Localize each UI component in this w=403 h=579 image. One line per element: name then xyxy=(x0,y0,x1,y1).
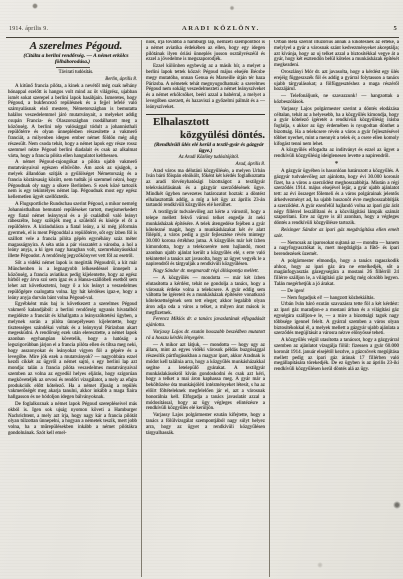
article1-continuation: Ezzel különben egybevág az a másik hír, … xyxy=(146,64,265,110)
article1-paragraph: A német Pégoud-rajongókat a pilóta ujabb… xyxy=(8,160,137,201)
page-header: 1914. április 9. ARADI KÖZLÖNY. 5 xyxy=(9,25,397,32)
article2-paragraph: Orbán Béla szerint illuzórius annak a ki… xyxy=(274,40,399,69)
column-layout: A szerelmes Pégoud. (Citálta a berlini r… xyxy=(8,40,399,577)
article1-dateline: Berlin, április 8. xyxy=(8,77,137,83)
article-divider-rule xyxy=(146,114,265,115)
page-number: 5 xyxy=(393,25,397,32)
column-middle: niök, írja továbbá a hamburgi lap, nemze… xyxy=(141,40,269,577)
article2-paragraph: A textilgyár tudvalevőleg azt kérte a vá… xyxy=(146,210,265,268)
article2-paragraph: Nagy Sándor dr. megmaradt régi álláspont… xyxy=(146,269,265,275)
article1-byline: Távirati tudósítás. xyxy=(8,70,137,76)
newspaper-page: 1914. április 9. ARADI KÖZLÖNY. 5 A szer… xyxy=(0,0,403,579)
article2-paragraph: Urbán Iván báró ezután szavazásra tette … xyxy=(274,302,399,337)
section-separator: * xyxy=(274,161,399,168)
article2-paragraph: Ferencz Miklós dr. a tanács javaslatának… xyxy=(146,317,265,329)
article2-paragraph: Varjassy Lajos polgármester ezután kifej… xyxy=(146,413,265,436)
article1-subtitle: (Citálta a berlini rendőrség. — A német … xyxy=(8,53,137,65)
newspaper-title: ARADI KÖZLÖNY. xyxy=(182,25,260,32)
article2-paragraph: — A közgyűlés — mondotta — már két ízben… xyxy=(146,276,265,317)
header-rule xyxy=(6,37,399,38)
article2-paragraph: — Telefonáljunk, ne szavazzunk! — hangzo… xyxy=(274,94,399,106)
issue-date: 1914. április 9. xyxy=(9,26,48,32)
title-rule xyxy=(56,67,90,68)
article2-paragraph: Oroszlányi Mór dr. azt javasolta, hogy a… xyxy=(274,70,399,93)
article2-title-line2: közgyülési döntés. xyxy=(146,129,265,141)
article1-paragraph: Sőt a vidéki német lapok is megírták Pég… xyxy=(8,261,137,302)
article2-paragraph: — De igen! xyxy=(274,289,399,295)
article1-paragraph: Egyébként más baj is következett a szere… xyxy=(8,302,137,401)
article2-paragraph: A közgyűlés elfogadta az inditványt és e… xyxy=(274,148,399,160)
article2-paragraph: Varjassy Lajos polgármester szerint a dö… xyxy=(274,107,399,148)
article1-paragraph: De foglalkoznak a német lapok Pégoud sze… xyxy=(8,402,137,437)
article2-paragraph: A közgyűlés végül utasította a tanácsot,… xyxy=(274,338,399,373)
article2-paragraph: — Nemcsak az iparosokat sujtaná az — mon… xyxy=(274,241,399,258)
column-left: A szerelmes Pégoud. (Citálta a berlini r… xyxy=(8,40,141,577)
article2-dateline: Arad, április 8. xyxy=(146,162,265,168)
article1-paragraph: A Flugsportliche Rundschau szerint Pégou… xyxy=(8,202,137,260)
article2-title-line1: Elhalasztott xyxy=(146,117,265,128)
column-right: Orbán Béla szerint illuzórius annak a ki… xyxy=(269,40,399,577)
article2-paragraph: A polgármester elmondja, hogy a tanács r… xyxy=(274,259,399,288)
article2-paragraph: — Nem fogadjuk el! — hangzott közbekiált… xyxy=(274,296,399,302)
article2-paragraph: Reisinger Sándor az ipari gáz megdrágítá… xyxy=(274,228,399,240)
article2-subtitle: (Rendkivüli ülés elé kerül a textil-gyár… xyxy=(146,142,265,154)
article2-paragraph: — A mikor azt látjuk, — mondotta — hogy … xyxy=(146,343,265,413)
article1-continuation: niök, írja továbbá a hamburgi lap, nemze… xyxy=(146,40,265,63)
article2-paragraph: Varjassy Lajos dr. ezután hosszabb beszé… xyxy=(146,330,265,342)
article2-byline: Az Aradi Közlöny tudósítójától. xyxy=(146,155,265,161)
article1-title: A szerelmes Pégoud. xyxy=(8,40,137,52)
article2-paragraph: A gázgyár ügyében is hasonlóan határozot… xyxy=(274,169,399,227)
article1-paragraph: A kitünő francia pilóta, a kinek a nevét… xyxy=(8,84,137,159)
article2-paragraph: Arad város ma délutáni közgyűlésén, a me… xyxy=(146,169,265,210)
